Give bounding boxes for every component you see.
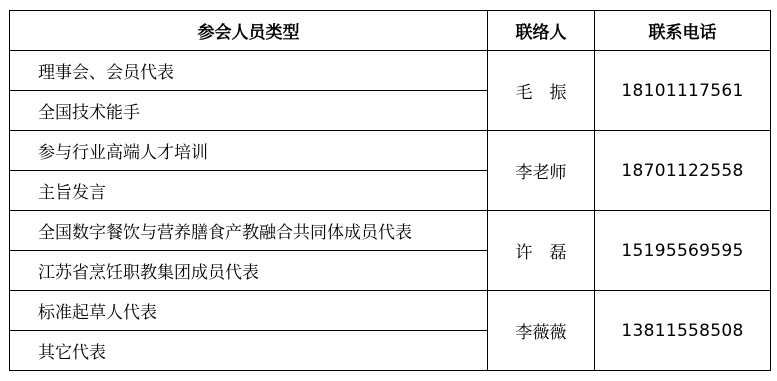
attendee-type-cell: 标准起草人代表 <box>10 291 488 331</box>
phone-cell: 18701122558 <box>595 131 771 211</box>
header-row: 参会人员类型 联络人 联系电话 <box>10 11 771 51</box>
attendee-type-cell: 参与行业高端人才培训 <box>10 131 488 171</box>
table-row: 参与行业高端人才培训 李老师 18701122558 <box>10 131 771 171</box>
contact-table: 参会人员类型 联络人 联系电话 理事会、会员代表 毛 振 18101117561… <box>9 10 771 371</box>
attendee-type-cell: 全国数字餐饮与营养膳食产教融合共同体成员代表 <box>10 211 488 251</box>
attendee-type-cell: 主旨发言 <box>10 171 488 211</box>
table-row: 标准起草人代表 李薇薇 13811558508 <box>10 291 771 331</box>
contact-cell: 李老师 <box>488 131 595 211</box>
attendee-type-cell: 其它代表 <box>10 331 488 371</box>
phone-cell: 15195569595 <box>595 211 771 291</box>
attendee-type-cell: 理事会、会员代表 <box>10 51 488 91</box>
contact-cell: 毛 振 <box>488 51 595 131</box>
header-attendee-type: 参会人员类型 <box>10 11 488 51</box>
phone-cell: 18101117561 <box>595 51 771 131</box>
attendee-type-cell: 江苏省烹饪职教集团成员代表 <box>10 251 488 291</box>
contact-cell: 许 磊 <box>488 211 595 291</box>
table-row: 全国数字餐饮与营养膳食产教融合共同体成员代表 许 磊 15195569595 <box>10 211 771 251</box>
phone-cell: 13811558508 <box>595 291 771 371</box>
attendee-type-cell: 全国技术能手 <box>10 91 488 131</box>
header-contact: 联络人 <box>488 11 595 51</box>
table-row: 理事会、会员代表 毛 振 18101117561 <box>10 51 771 91</box>
header-phone: 联系电话 <box>595 11 771 51</box>
contact-cell: 李薇薇 <box>488 291 595 371</box>
